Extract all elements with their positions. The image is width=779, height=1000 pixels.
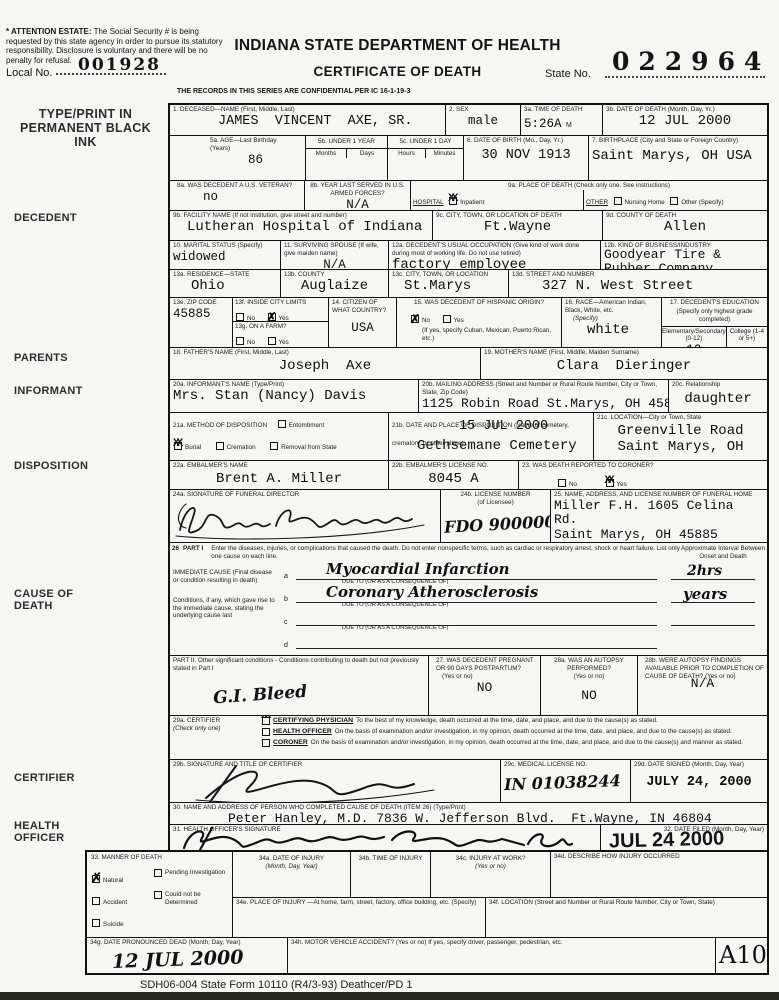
checkbox-could-not-be-determined bbox=[154, 891, 162, 899]
field-education-college-label: College (1-4 or 5+) bbox=[727, 328, 767, 344]
certificate-title: CERTIFICATE OF DEATH bbox=[225, 64, 570, 79]
field-street-number: 13d. STREET AND NUMBER 327 N. West Stree… bbox=[508, 270, 767, 297]
field-embalmer-license: 22b. EMBALMER'S LICENSE NO. 8045 A bbox=[388, 461, 518, 489]
field-place-of-death: 9a. PLACE OF DEATH (Check only one. See … bbox=[410, 181, 767, 210]
field-time-of-death-label: 3a. TIME OF DEATH bbox=[524, 106, 599, 114]
checkbox-certifying-physician: XX bbox=[262, 717, 270, 725]
field-year-last-served-value: N/A bbox=[308, 198, 407, 210]
option-coroner-yes: Yes bbox=[617, 481, 627, 488]
field-certifier-type-sublabel: (Check only one) bbox=[173, 725, 261, 733]
field-date-signed: 29d. DATE SIGNED (Month, Day, Year) JULY… bbox=[630, 760, 767, 802]
field-residence-city-value: St.Marys bbox=[392, 279, 505, 295]
field-deceased-name: 1. DECEASED—NAME (First, Middle, Last) J… bbox=[170, 105, 445, 135]
field-education: 17. DECEDENT'S EDUCATION (Specify only h… bbox=[661, 298, 767, 347]
field-city-of-death: 9c. CITY, TOWN, OR LOCATION OF DEATH Ft.… bbox=[432, 211, 602, 240]
injury-section: 33. MANNER OF DEATH ✗Natural Accident Su… bbox=[85, 850, 769, 975]
field-education-elementary-label: Elementary/Secondary (0-12) bbox=[662, 328, 726, 344]
field-sex-value: male bbox=[449, 114, 517, 128]
field-informant-relationship-value: daughter bbox=[672, 392, 764, 408]
field-place-of-injury: 34e. PLACE OF INJURY —At home, farm, str… bbox=[232, 898, 485, 937]
field-surviving-spouse-value: N/A bbox=[284, 258, 385, 269]
field-time-of-death-value: 5:26A bbox=[524, 117, 562, 131]
checkbox-city-limits-no bbox=[236, 313, 244, 321]
option-other-place: Other (Specify) bbox=[681, 199, 723, 206]
field-date-of-death: 3b. DATE OF DEATH (Month, Day, Yr.) 12 J… bbox=[602, 105, 767, 135]
field-county-of-death-value: Allen bbox=[606, 220, 764, 236]
option-pending-investigation: Pending Investigation bbox=[165, 869, 228, 877]
certifier-option-physician: XX CERTIFYING PHYSICIAN To the best of m… bbox=[261, 717, 764, 725]
field-marital-status-label: 10. MARITAL STATUS (Specify) bbox=[173, 242, 277, 250]
sidebar-certifier: CERTIFIER bbox=[14, 772, 75, 784]
field-method-of-disposition: 21a. METHOD OF DISPOSITION Entombment XX… bbox=[170, 413, 388, 460]
field-date-signed-value: JULY 24, 2000 bbox=[634, 775, 764, 790]
field-marital-status-value: widowed bbox=[173, 250, 277, 264]
field-embalmer-license-value: 8045 A bbox=[392, 472, 515, 488]
due-to-label-3: DUE TO (OR AS A CONSEQUENCE OF) bbox=[342, 625, 448, 632]
place-hospital-label: HOSPITAL bbox=[413, 199, 444, 206]
certifier-signature bbox=[178, 762, 478, 802]
certifying-physician-mark: XX bbox=[261, 716, 268, 722]
option-city-limits-yes: Yes bbox=[279, 315, 289, 322]
form-row-11: 22a. EMBALMER'S NAME Brent A. Miller 22b… bbox=[170, 460, 767, 489]
field-education-label: 17. DECEDENT'S EDUCATION bbox=[662, 298, 767, 308]
field-injury-location: 34f. LOCATION (Street and Number or Rura… bbox=[485, 898, 767, 937]
sidebar-disposition: DISPOSITION bbox=[14, 460, 88, 472]
field-time-of-injury: 34b. TIME OF INJURY bbox=[350, 852, 430, 897]
health-officer-term: HEALTH OFFICER bbox=[273, 728, 332, 735]
department-title: INDIANA STATE DEPARTMENT OF HEALTH bbox=[225, 37, 570, 55]
field-completed-by-value: Peter Hanley, M.D. 7836 W. Jefferson Blv… bbox=[173, 812, 764, 824]
option-farm-yes: Yes bbox=[279, 339, 289, 346]
field-informant-relationship: 20c. Relationship daughter bbox=[668, 380, 767, 412]
inpatient-check-mark: XX bbox=[448, 193, 455, 205]
field-under-1-day-hours: Hours bbox=[388, 149, 425, 158]
sidebar-decedent: DECEDENT bbox=[14, 212, 77, 224]
field-autopsy-label: 28a. WAS AN AUTOPSY PERFORMED? bbox=[544, 657, 634, 673]
option-coroner-no: No bbox=[569, 481, 577, 488]
field-embalmer-license-label: 22b. EMBALMER'S LICENSE NO. bbox=[392, 462, 515, 470]
cause-line-b: b Coronary Atherosclerosis DUE TO (OR AS… bbox=[280, 586, 667, 609]
field-funeral-director-license-label: 24b. LICENSE NUMBER bbox=[444, 491, 547, 499]
option-farm-no: No bbox=[247, 339, 255, 346]
scan-edge-band bbox=[0, 992, 779, 1000]
field-facility-name: 9b. FACILITY NAME (If not institution, g… bbox=[170, 211, 432, 240]
local-no-label: Local No. bbox=[6, 67, 52, 79]
field-funeral-director-signature: 24a. SIGNATURE OF FUNERAL DIRECTOR bbox=[170, 490, 440, 542]
field-how-injury-occurred-label: 34d. DESCRIBE HOW INJURY OCCURRED bbox=[554, 853, 764, 861]
field-birthplace-value: Saint Marys, OH USA bbox=[592, 149, 764, 165]
field-fathers-name-label: 18. FATHER'S NAME (First, Middle, Last) bbox=[173, 349, 477, 357]
interval-b-value: years bbox=[683, 585, 727, 603]
option-inpatient: Inpatient bbox=[460, 199, 484, 206]
local-no-dotted-line bbox=[56, 65, 166, 75]
field-date-pronounced-dead-value: 12 JUL 2000 bbox=[112, 945, 285, 973]
field-embalmer-name: 22a. EMBALMER'S NAME Brent A. Miller bbox=[170, 461, 388, 489]
checkbox-burial: XX bbox=[174, 442, 182, 450]
field-under-1-year-label: 5b. UNDER 1 YEAR bbox=[306, 136, 387, 148]
field-under-1-year-months: Months bbox=[306, 149, 346, 158]
field-business-industry-value: Goodyear Tire & Rubber Company bbox=[604, 248, 764, 269]
field-race-value: white bbox=[565, 323, 658, 339]
field-date-of-death-value: 12 JUL 2000 bbox=[606, 114, 764, 130]
field-fathers-name-value: Joseph Axe bbox=[173, 359, 477, 375]
field-part2-label: PART II. Other significant conditions - … bbox=[173, 657, 425, 673]
sidebar-health-officer: HEALTH OFFICER bbox=[14, 820, 74, 844]
field-informant-name: 20a. INFORMANT'S NAME (Type/Print) Mrs. … bbox=[170, 380, 418, 412]
field-veteran-value: no bbox=[173, 190, 301, 204]
form-row-15-certifier-type: 29a. CERTIFIER (Check only one) XX CERTI… bbox=[170, 715, 767, 759]
field-date-place-disposition: 21b. DATE AND PLACE OF DISPOSITION (Name… bbox=[388, 413, 593, 460]
field-date-of-birth: 6. DATE OF BIRTH (Mo., Day, Yr.) 30 NOV … bbox=[463, 136, 588, 180]
field-date-of-injury: 34a. DATE OF INJURY (Month, Day, Year) bbox=[232, 852, 350, 897]
field-how-injury-occurred: 34d. DESCRIBE HOW INJURY OCCURRED bbox=[550, 852, 767, 897]
form-row-17: 30. NAME AND ADDRESS OF PERSON WHO COMPL… bbox=[170, 802, 767, 824]
field-date-of-birth-value: 30 NOV 1913 bbox=[467, 148, 585, 163]
burial-check-mark: XX bbox=[173, 438, 180, 450]
field-under-1-year-days: Days bbox=[346, 149, 387, 158]
field-funeral-home: 25. NAME, ADDRESS, AND LICENSE NUMBER OF… bbox=[550, 490, 767, 542]
option-entombment: Entombment bbox=[289, 422, 325, 429]
checkbox-farm-yes bbox=[268, 337, 276, 345]
field-method-of-disposition-label: 21a. METHOD OF DISPOSITION bbox=[173, 422, 267, 429]
place-other-label: OTHER bbox=[586, 199, 608, 206]
death-certificate-scan: * ATTENTION ESTATE: The Social Security … bbox=[0, 0, 779, 1000]
field-medical-license-value: IN 01038244 bbox=[504, 771, 628, 794]
sidebar-parents: PARENTS bbox=[14, 352, 68, 364]
field-autopsy-sublabel: (Yes or no) bbox=[544, 673, 634, 681]
field-health-officer-signature: 31. HEALTH OFFICER'S SIGNATURE bbox=[170, 825, 600, 852]
form-row-16: 29b. SIGNATURE AND TITLE OF CERTIFIER 29… bbox=[170, 759, 767, 802]
field-informant-relationship-label: 20c. Relationship bbox=[672, 381, 764, 389]
field-zip-code-value: 45885 bbox=[173, 307, 229, 321]
field-pregnant-label: 27. WAS DECEDENT PREGNANT OR 90 DAYS POS… bbox=[432, 657, 537, 673]
field-manner-of-death-label: 33. MANNER OF DEATH bbox=[91, 854, 228, 862]
option-could-not-be-determined: Could not be Determined bbox=[165, 891, 228, 907]
field-time-of-death: 3a. TIME OF DEATH 5:26A M bbox=[520, 105, 602, 135]
field-injury-at-work: 34c. INJURY AT WORK? (Yes or no) bbox=[430, 852, 550, 897]
sidebar-cause-of-death: CAUSE OF DEATH bbox=[14, 588, 86, 612]
field-age-value: 86 bbox=[170, 153, 305, 167]
cause-line-b-letter: b bbox=[284, 596, 288, 603]
natural-check-mark: ✗ bbox=[91, 871, 102, 886]
field-disposition-place-value: Gethsemane Cemetery bbox=[417, 439, 577, 455]
field-medical-license-label: 29c. MEDICAL LICENSE NO. bbox=[504, 761, 627, 769]
form-row-10: 21a. METHOD OF DISPOSITION Entombment XX… bbox=[170, 412, 767, 460]
field-residence-state: 13a. RESIDENCE—STATE Ohio bbox=[170, 270, 280, 297]
field-informant-address-label: 20b. MAILING ADDRESS (Street and Number … bbox=[422, 381, 665, 397]
field-veteran: 8a. WAS DECEDENT A U.S. VETERAN? no bbox=[170, 181, 304, 210]
checkbox-natural: ✗ bbox=[92, 875, 100, 883]
field-citizen-of-value: USA bbox=[332, 321, 393, 335]
part1-number: 26 bbox=[172, 545, 179, 563]
field-business-industry: 12b. KIND OF BUSINESS/INDUSTRY Goodyear … bbox=[600, 241, 767, 269]
field-informant-address: 20b. MAILING ADDRESS (Street and Number … bbox=[418, 380, 668, 412]
field-surviving-spouse: 11. SURVIVING SPOUSE (If wife, give maid… bbox=[280, 241, 388, 269]
state-no-label: State No. bbox=[545, 68, 591, 80]
field-citizen-of: 14. CITIZEN OF WHAT COUNTRY? USA bbox=[328, 298, 396, 347]
health-officer-text: On the basis of examination and/or inves… bbox=[335, 728, 764, 736]
form-row-13-cause-of-death: 26 PART I Enter the diseases, injuries, … bbox=[170, 542, 767, 655]
field-usual-occupation-label: 12a. DECEDENT'S USUAL OCCUPATION (Give k… bbox=[392, 242, 597, 258]
cause-a-value: Myocardial Infarction bbox=[326, 560, 510, 578]
form-row-8: 18. FATHER'S NAME (First, Middle, Last) … bbox=[170, 347, 767, 379]
field-veteran-label: 8a. WAS DECEDENT A U.S. VETERAN? bbox=[173, 182, 301, 190]
option-suicide: Suicide bbox=[103, 921, 124, 928]
field-manner-of-death: 33. MANNER OF DEATH ✗Natural Accident Su… bbox=[87, 852, 232, 937]
field-annotation: A10 bbox=[715, 938, 767, 973]
field-part2-value: G.I. Bleed bbox=[213, 673, 426, 708]
field-date-filed: 32. DATE FILED (Month, Day, Year) JUL 24… bbox=[600, 825, 767, 852]
field-funeral-director-license-sublabel: (of Licensee) bbox=[444, 499, 547, 507]
cause-line-c-letter: c bbox=[284, 619, 288, 626]
state-no-value: 022964 bbox=[612, 47, 770, 76]
field-injury-location-label: 34f. LOCATION (Street and Number or Rura… bbox=[489, 899, 764, 907]
field-injury-at-work-label: 34c. INJURY AT WORK? bbox=[434, 855, 547, 863]
field-date-of-injury-label: 34a. DATE OF INJURY bbox=[236, 855, 347, 863]
hispanic-no-mark: ✗ bbox=[410, 312, 420, 326]
field-age: 5a. AGE—Last Birthday (Years) 86 bbox=[170, 136, 305, 180]
field-informant-address-value: 1125 Robin Road St.Marys, OH 45885 bbox=[422, 397, 665, 412]
field-marital-status: 10. MARITAL STATUS (Specify) widowed bbox=[170, 241, 280, 269]
field-usual-occupation: 12a. DECEDENT'S USUAL OCCUPATION (Give k… bbox=[388, 241, 600, 269]
field-birthplace-label: 7. BIRTHPLACE (City and State or Foreign… bbox=[592, 137, 764, 145]
checkbox-pending-investigation bbox=[154, 869, 162, 877]
field-inside-city-limits-label: 13f. INSIDE CITY LIMITS bbox=[235, 299, 326, 307]
field-informant-name-value: Mrs. Stan (Nancy) Davis bbox=[173, 389, 415, 405]
option-removal-from-state: Removal from State bbox=[281, 444, 337, 451]
field-sex-label: 2. SEX bbox=[449, 106, 517, 114]
option-hispanic-yes: Yes bbox=[454, 317, 464, 324]
option-city-limits-no: No bbox=[247, 315, 255, 322]
field-deceased-name-value: JAMES VINCENT AXE, SR. bbox=[173, 114, 442, 129]
field-embalmer-name-value: Brent A. Miller bbox=[173, 472, 385, 488]
field-date-signed-label: 29d. DATE SIGNED (Month, Day, Year) bbox=[634, 761, 764, 769]
interval-line-b: years bbox=[667, 586, 767, 609]
field-reported-to-coroner-label: 23. WAS DEATH REPORTED TO CORONER? bbox=[522, 462, 764, 470]
field-date-of-birth-label: 6. DATE OF BIRTH (Mo., Day, Yr.) bbox=[467, 137, 585, 145]
field-year-last-served: 8b. YEAR LAST SERVED IN U.S. ARMED FORCE… bbox=[304, 181, 410, 210]
form-code-footer: SDH06-004 State Form 10110 (R4/3-93) Dea… bbox=[140, 979, 412, 991]
field-education-sublabel: (Specify only highest grade completed) bbox=[662, 308, 767, 324]
field-residence-county: 13b. COUNTY Auglaize bbox=[280, 270, 388, 297]
field-age-sublabel: (Years) bbox=[210, 145, 302, 153]
funeral-director-signature bbox=[172, 498, 434, 540]
field-autopsy-findings: 28b. WERE AUTOPSY FINDINGS AVAILABLE PRI… bbox=[637, 656, 767, 715]
form-row-12: 24a. SIGNATURE OF FUNERAL DIRECTOR 24b. … bbox=[170, 489, 767, 542]
field-hispanic-origin: 15. WAS DECEDENT OF HISPANIC ORIGIN? ✗No… bbox=[396, 298, 561, 347]
immediate-cause-label: IMMEDIATE CAUSE (Final disease or condit… bbox=[173, 569, 277, 585]
city-limits-yes-mark: ✗ bbox=[267, 310, 277, 324]
option-accident: Accident bbox=[103, 899, 127, 906]
cause-b-value: Coronary Atherosclerosis bbox=[326, 583, 538, 601]
checkbox-other-place bbox=[670, 197, 678, 205]
cause-line-d-rule bbox=[296, 648, 657, 649]
field-part2-conditions: PART II. Other significant conditions - … bbox=[170, 656, 428, 715]
cause-line-d-letter: d bbox=[284, 642, 288, 649]
field-date-pronounced-dead: 34g. DATE PRONOUNCED DEAD (Month, Day, Y… bbox=[87, 938, 287, 973]
conditions-label: Conditions, if any, which gave rise to t… bbox=[173, 597, 277, 621]
interval-header: Approximate Interval Between Onset and D… bbox=[681, 545, 765, 563]
field-under-1-day-label: 5c. UNDER 1 DAY bbox=[388, 136, 463, 148]
cause-line-c: c DUE TO (OR AS A CONSEQUENCE OF) bbox=[280, 609, 667, 632]
field-fathers-name: 18. FATHER'S NAME (First, Middle, Last) … bbox=[170, 348, 480, 379]
attention-lead: * ATTENTION ESTATE: bbox=[6, 27, 91, 36]
field-place-of-injury-label: 34e. PLACE OF INJURY —At home, farm, str… bbox=[236, 899, 482, 907]
field-place-of-death-label: 9a. PLACE OF DEATH (Check only one. See … bbox=[411, 181, 767, 190]
field-certifier-type: 29a. CERTIFIER (Check only one) XX CERTI… bbox=[170, 716, 767, 759]
form-row-7: 13e. ZIP CODE 45885 13f. INSIDE CITY LIM… bbox=[170, 297, 767, 347]
field-funeral-director-license-value: FDO 9000007 bbox=[444, 512, 548, 536]
coroner-term: CORONER bbox=[273, 739, 308, 746]
cause-line-a-letter: a bbox=[284, 573, 288, 580]
field-mothers-name-label: 19. MOTHER'S NAME (First, Middle, Maiden… bbox=[484, 349, 764, 357]
checkbox-farm-no bbox=[236, 337, 244, 345]
field-embalmer-name-label: 22a. EMBALMER'S NAME bbox=[173, 462, 385, 470]
field-funeral-director-license: 24b. LICENSE NUMBER (of Licensee) FDO 90… bbox=[440, 490, 550, 542]
checkbox-coroner-certifier bbox=[262, 739, 270, 747]
field-under-1-year: 5b. UNDER 1 YEAR Months Days bbox=[305, 136, 387, 180]
field-pregnant-value: NO bbox=[432, 681, 537, 696]
field-disposition-location: 21c. LOCATION—City or Town, State Greenv… bbox=[593, 413, 767, 460]
field-autopsy-value: NO bbox=[544, 689, 634, 704]
health-officer-signature bbox=[172, 826, 592, 852]
form-row-18: 31. HEALTH OFFICER'S SIGNATURE 32. DATE … bbox=[170, 824, 767, 852]
date-filed-stamp: JUL 24 2000 bbox=[609, 827, 725, 852]
due-to-label-2: DUE TO (OR AS A CONSEQUENCE OF) bbox=[342, 602, 448, 609]
main-form: 1. DECEASED—NAME (First, Middle, Last) J… bbox=[168, 103, 769, 854]
field-age-label: 5a. AGE—Last Birthday bbox=[210, 137, 302, 145]
form-row-9: 20a. INFORMANT'S NAME (Type/Print) Mrs. … bbox=[170, 379, 767, 412]
checkbox-city-limits-yes: ✗ bbox=[268, 313, 276, 321]
checkbox-removal bbox=[270, 442, 278, 450]
field-mothers-name-value: Clara Dieringer bbox=[484, 359, 764, 375]
checkbox-coroner-yes: XX bbox=[606, 479, 614, 487]
checkbox-suicide bbox=[92, 919, 100, 927]
field-birthplace: 7. BIRTHPLACE (City and State or Foreign… bbox=[588, 136, 767, 180]
form-row-6: 13a. RESIDENCE—STATE Ohio 13b. COUNTY Au… bbox=[170, 269, 767, 297]
field-disposition-date-value: 15 JUL 2000 bbox=[459, 419, 548, 434]
sidebar-informant: INFORMANT bbox=[14, 385, 83, 397]
field-funeral-home-value: Miller F.H. 1605 Celina Rd. Saint Marys,… bbox=[554, 499, 764, 542]
field-disposition-location-label: 21c. LOCATION—City or Town, State bbox=[597, 414, 764, 422]
field-county-of-death: 9d. COUNTY OF DEATH Allen bbox=[602, 211, 767, 240]
checkbox-entombment bbox=[278, 420, 286, 428]
certifying-physician-text: To the best of my knowledge, death occur… bbox=[356, 717, 764, 725]
field-race: 16. RACE—American Indian, Black, White, … bbox=[561, 298, 661, 347]
field-street-number-value: 327 N. West Street bbox=[512, 279, 764, 295]
field-time-of-death-meridiem: M bbox=[566, 122, 572, 129]
field-city-of-death-value: Ft.Wayne bbox=[436, 220, 599, 236]
field-race-label: 16. RACE—American Indian, Black, White, … bbox=[565, 299, 658, 315]
field-certifier-signature: 29b. SIGNATURE AND TITLE OF CERTIFIER bbox=[170, 760, 500, 802]
checkbox-nursing-home bbox=[614, 197, 622, 205]
interval-a-value: 2hrs bbox=[687, 563, 722, 579]
interval-line-a: 2hrs bbox=[667, 563, 767, 586]
field-on-a-farm-label: 13g. ON A FARM? bbox=[235, 323, 326, 331]
field-citizen-of-label: 14. CITIZEN OF WHAT COUNTRY? bbox=[332, 299, 393, 315]
field-motor-vehicle-accident-label: 34h. MOTOR VEHICLE ACCIDENT? (Yes or no)… bbox=[291, 939, 712, 947]
field-reported-to-coroner: 23. WAS DEATH REPORTED TO CORONER? No XX… bbox=[518, 461, 767, 489]
field-under-1-day-minutes: Minutes bbox=[425, 149, 463, 158]
form-row-1: 1. DECEASED—NAME (First, Middle, Last) J… bbox=[170, 105, 767, 135]
field-surviving-spouse-label: 11. SURVIVING SPOUSE (If wife, give maid… bbox=[284, 242, 385, 258]
cause-line-d: d bbox=[280, 632, 667, 655]
interval-c-rule bbox=[671, 625, 755, 626]
coroner-text: On the basis of examination and/or inves… bbox=[311, 739, 764, 747]
interval-a-rule bbox=[671, 579, 755, 580]
coroner-yes-mark: XX bbox=[605, 475, 612, 487]
field-injury-at-work-sublabel: (Yes or no) bbox=[434, 863, 547, 871]
field-pregnant: 27. WAS DECEDENT PREGNANT OR 90 DAYS POS… bbox=[428, 656, 540, 715]
annotation-a10: A10 bbox=[719, 941, 764, 969]
field-residence-city: 13c. CITY, TOWN, OR LOCATION St.Marys bbox=[388, 270, 508, 297]
field-mothers-name: 19. MOTHER'S NAME (First, Middle, Maiden… bbox=[480, 348, 767, 379]
field-residence-county-value: Auglaize bbox=[284, 279, 385, 295]
field-cause-of-death-part1: 26 PART I Enter the diseases, injuries, … bbox=[170, 543, 767, 655]
field-year-last-served-label: 8b. YEAR LAST SERVED IN U.S. ARMED FORCE… bbox=[308, 182, 407, 198]
field-facility-name-value: Lutheran Hospital of Indiana bbox=[173, 220, 429, 236]
field-hispanic-origin-note: (If yes, specify Cuban, Mexican, Puerto … bbox=[400, 327, 558, 343]
field-hispanic-origin-label: 15. WAS DECEDENT OF HISPANIC ORIGIN? bbox=[400, 299, 558, 307]
form-row-4: 9b. FACILITY NAME (If not institution, g… bbox=[170, 210, 767, 240]
field-zip-code-label: 13e. ZIP CODE bbox=[173, 299, 229, 307]
field-inside-city-limits: 13f. INSIDE CITY LIMITS No ✗Yes 13g. ON … bbox=[232, 298, 328, 347]
form-row-5: 10. MARITAL STATUS (Specify) widowed 11.… bbox=[170, 240, 767, 269]
field-autopsy: 28a. WAS AN AUTOPSY PERFORMED? (Yes or n… bbox=[540, 656, 637, 715]
field-residence-state-value: Ohio bbox=[173, 279, 277, 295]
certifier-option-health-officer: HEALTH OFFICER On the basis of examinati… bbox=[261, 728, 764, 736]
checkbox-coroner-no bbox=[558, 479, 566, 487]
field-completed-by: 30. NAME AND ADDRESS OF PERSON WHO COMPL… bbox=[170, 803, 767, 824]
option-cremation: Cremation bbox=[227, 444, 256, 451]
field-medical-license: 29c. MEDICAL LICENSE NO. IN 01038244 bbox=[500, 760, 630, 802]
field-time-of-injury-label: 34b. TIME OF INJURY bbox=[354, 855, 427, 863]
field-date-of-injury-sublabel: (Month, Day, Year) bbox=[236, 863, 347, 871]
field-deceased-name-label: 1. DECEASED—NAME (First, Middle, Last) bbox=[173, 106, 442, 114]
form-row-3: 8a. WAS DECEDENT A U.S. VETERAN? no 8b. … bbox=[170, 180, 767, 210]
checkbox-accident bbox=[92, 897, 100, 905]
field-education-elementary-value: 12 bbox=[662, 343, 726, 347]
field-usual-occupation-value: factory employee bbox=[392, 258, 597, 269]
sidebar-type-print: TYPE/PRINT IN PERMANENT BLACK INK bbox=[8, 107, 163, 149]
certifying-physician-term: CERTIFYING PHYSICIAN bbox=[273, 717, 353, 724]
checkbox-hispanic-no: ✗ bbox=[411, 315, 419, 323]
field-residence-state-label: 13a. RESIDENCE—STATE bbox=[173, 271, 277, 279]
field-disposition-location-value: Greenville Road Saint Marys, OH bbox=[597, 424, 764, 455]
interval-line-c bbox=[667, 609, 767, 632]
form-row-14-part2: PART II. Other significant conditions - … bbox=[170, 655, 767, 715]
field-motor-vehicle-accident: 34h. MOTOR VEHICLE ACCIDENT? (Yes or no)… bbox=[287, 938, 715, 973]
certifier-option-coroner: CORONER On the basis of examination and/… bbox=[261, 739, 764, 747]
option-hispanic-no: No bbox=[422, 317, 430, 324]
form-row-2: 5a. AGE—Last Birthday (Years) 86 5b. UND… bbox=[170, 135, 767, 180]
option-nursing-home: Nursing Home bbox=[625, 199, 665, 206]
field-certifier-type-label: 29a. CERTIFIER bbox=[173, 717, 261, 725]
field-under-1-day: 5c. UNDER 1 DAY Hours Minutes bbox=[387, 136, 463, 180]
field-zip-code: 13e. ZIP CODE 45885 bbox=[170, 298, 232, 347]
option-burial: Burial bbox=[185, 444, 201, 451]
field-sex: 2. SEX male bbox=[445, 105, 520, 135]
checkbox-inpatient: XX bbox=[449, 197, 457, 205]
checkbox-health-officer bbox=[262, 728, 270, 736]
checkbox-cremation bbox=[216, 442, 224, 450]
checkbox-hispanic-yes bbox=[443, 315, 451, 323]
confidential-note: THE RECORDS IN THIS SERIES ARE CONFIDENT… bbox=[177, 88, 410, 95]
option-natural: Natural bbox=[103, 877, 123, 884]
part1-title: PART I bbox=[183, 545, 203, 563]
